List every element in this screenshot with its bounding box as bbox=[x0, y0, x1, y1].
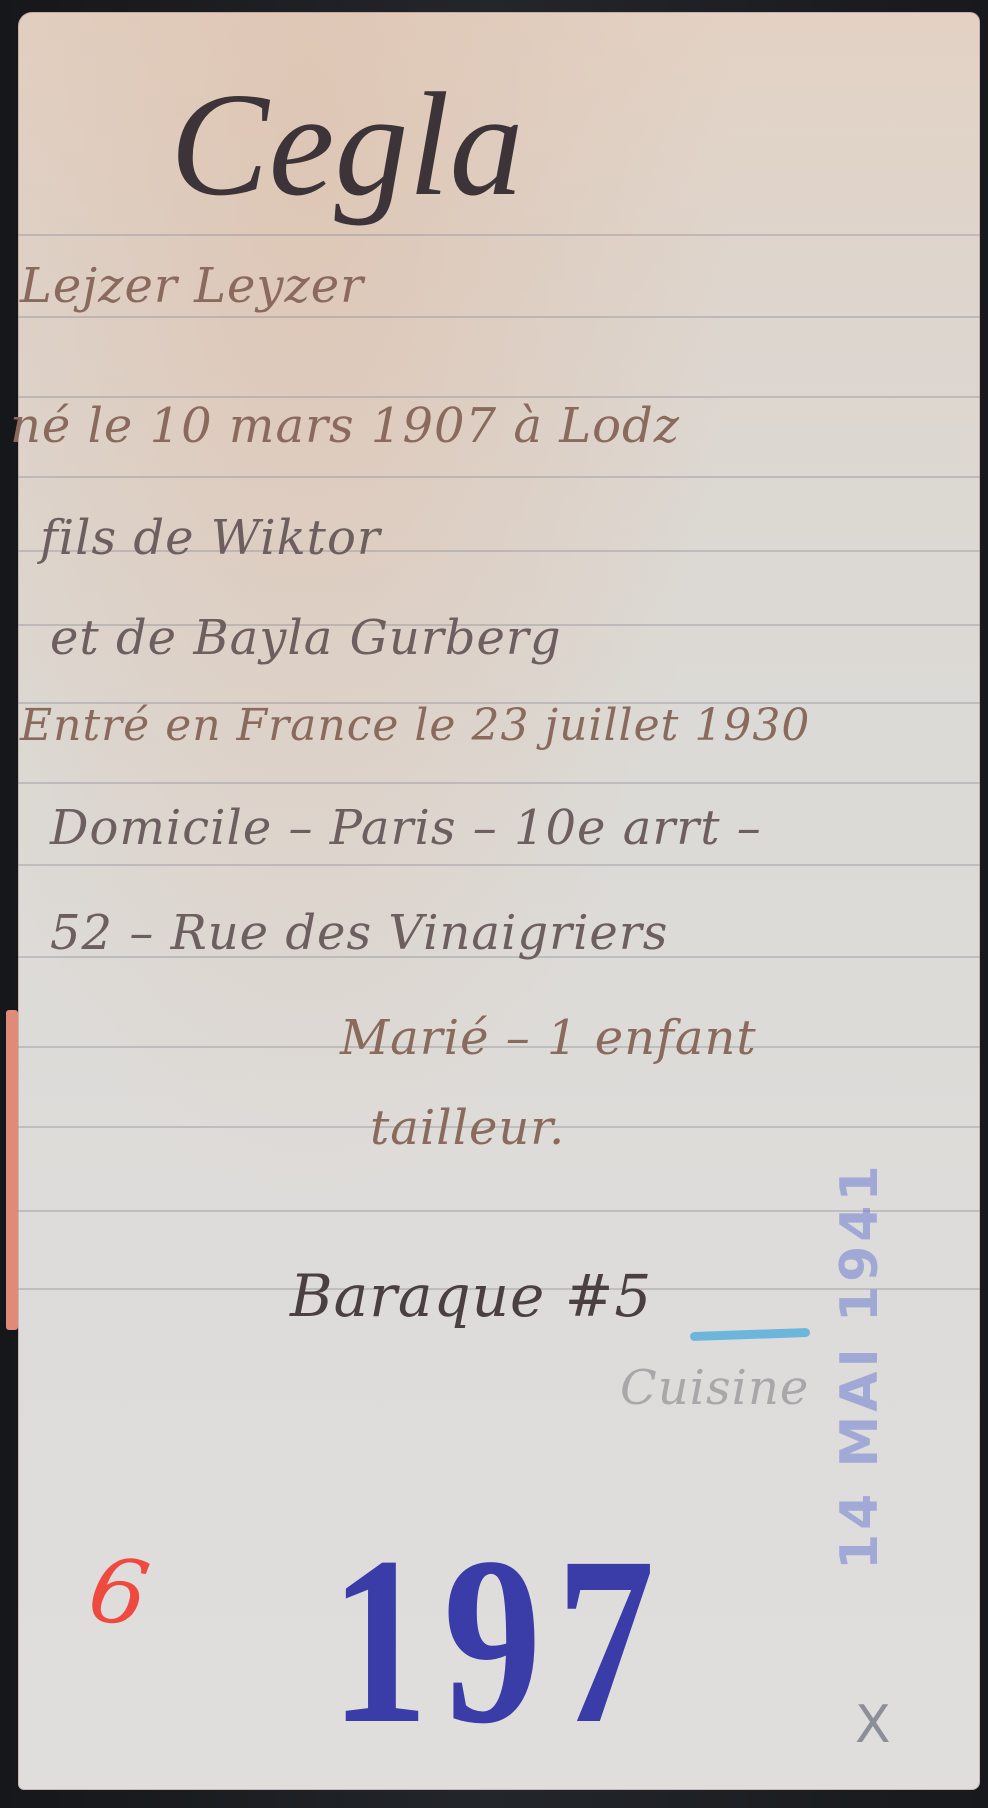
address-line: 52 – Rue des Vinaigriers bbox=[50, 905, 668, 961]
barrack-label: Baraque #5 bbox=[290, 1262, 652, 1330]
ruled-line bbox=[18, 476, 980, 478]
ruled-line bbox=[18, 782, 980, 784]
corner-x-mark: X bbox=[855, 1695, 891, 1755]
date-stamp: 14 MAI 1941 bbox=[830, 1161, 890, 1570]
scan-background: Cegla Lejzer Leyzer né le 10 mars 1907 à… bbox=[0, 0, 988, 1808]
family-status-line: Marié – 1 enfant bbox=[340, 1010, 757, 1066]
barrack-note: Cuisine bbox=[620, 1360, 809, 1416]
file-number-stamp: 197 bbox=[330, 1520, 669, 1760]
ruled-line bbox=[18, 316, 980, 318]
father-line: fils de Wiktor bbox=[40, 510, 381, 566]
birth-line: né le 10 mars 1907 à Lodz bbox=[10, 398, 680, 454]
occupation-line: tailleur. bbox=[370, 1100, 565, 1156]
entry-line: Entré en France le 23 juillet 1930 bbox=[20, 700, 810, 751]
surname-heading: Cegla bbox=[170, 60, 524, 230]
ruled-line bbox=[18, 864, 980, 866]
ruled-line bbox=[18, 234, 980, 236]
red-tab-edge bbox=[6, 1010, 18, 1330]
domicile-line: Domicile – Paris – 10e arrt – bbox=[50, 800, 762, 856]
given-names: Lejzer Leyzer bbox=[20, 258, 364, 314]
mother-line: et de Bayla Gurberg bbox=[50, 610, 562, 666]
